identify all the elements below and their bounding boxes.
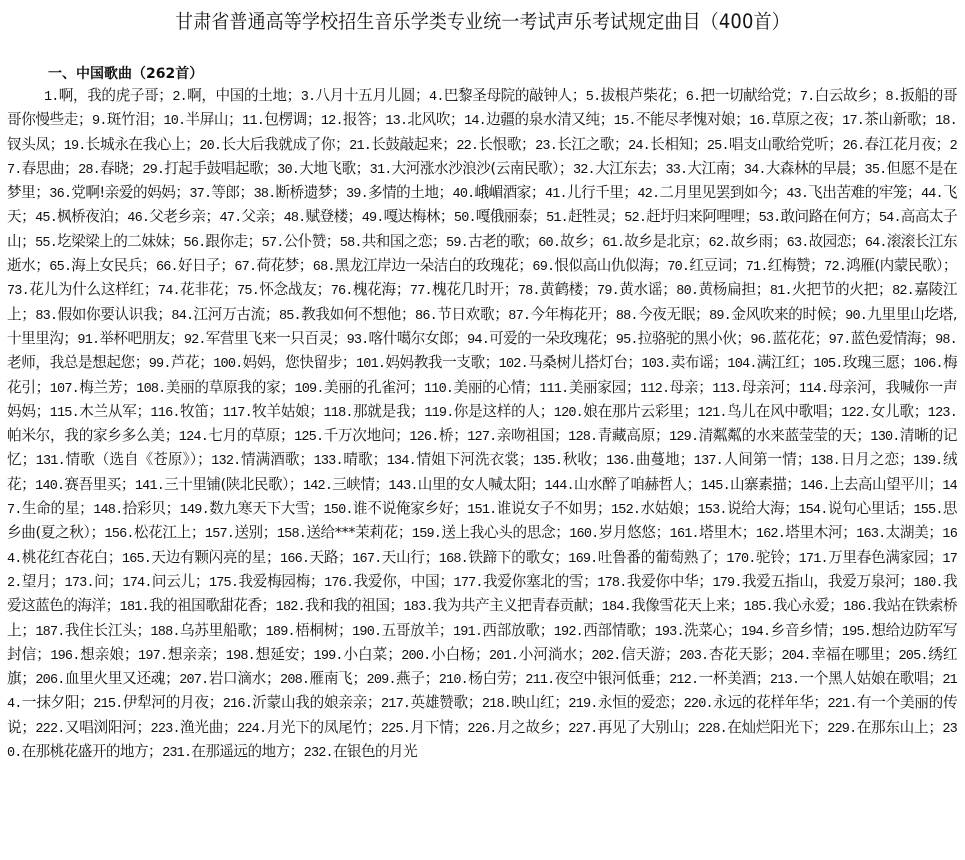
song-number: 180.: [913, 576, 942, 591]
song-entry: 206.血里火里又还魂: [35, 670, 165, 687]
song-title: 七月的草原: [208, 427, 280, 444]
separator: ；: [828, 111, 842, 128]
song-number: 186.: [843, 600, 872, 615]
song-number: 9.: [92, 114, 107, 129]
song-number: 89.: [709, 309, 731, 324]
song-entry: 107.梅兰芳: [50, 379, 123, 396]
song-number: 184.: [602, 600, 631, 615]
song-number: 171.: [799, 552, 828, 567]
song-number: 39.: [346, 187, 368, 202]
song-entry: 224.月光下的凤尾竹: [237, 719, 367, 736]
song-title: 把一切献给党: [700, 87, 785, 104]
song-number: 132.: [211, 454, 240, 469]
song-title: 今夜无眠: [638, 306, 695, 323]
separator: ；: [453, 719, 467, 736]
separator: ；: [786, 87, 800, 104]
song-title: 我住长江头: [65, 622, 137, 639]
song-title: 月之故乡: [497, 719, 555, 736]
song-title: 小河淌水: [518, 646, 577, 663]
song-title: 恨似高山仇似海: [554, 257, 653, 274]
song-entry: 146.上去高山望平川: [800, 476, 928, 493]
song-number: 47.: [219, 211, 241, 226]
song-number: 219.: [568, 697, 597, 712]
song-title: 茶山新歌: [864, 111, 921, 128]
song-number: 175.: [209, 576, 238, 591]
song-title: 黄杨扁担: [698, 281, 756, 298]
song-number: 42.: [637, 187, 659, 202]
separator: ；: [600, 111, 614, 128]
song-entry: 83.假如你要认识我: [35, 306, 157, 323]
song-title: 天路: [309, 549, 338, 566]
separator: ；: [773, 233, 787, 250]
song-title: 巴黎圣母院的敲钟人: [444, 87, 572, 104]
song-entry: 36.党啊!亲爱的妈妈: [49, 184, 175, 201]
song-number: 183.: [403, 600, 432, 615]
separator: ；: [317, 281, 331, 298]
song-title: 边疆的泉水清又纯: [486, 111, 600, 128]
song-number: 177.: [454, 576, 483, 591]
song-entry: 4.巴黎圣母院的敲钟人: [429, 87, 572, 104]
song-number: 150.: [323, 503, 352, 518]
separator: ；: [21, 719, 35, 736]
song-entry: 199.小白菜: [314, 646, 388, 663]
song-number: 129.: [669, 430, 698, 445]
song-entry: 118.那就是我: [324, 403, 411, 420]
song-title: 我为共产主义把青春贡献: [433, 597, 588, 614]
song-entry: 10.半屏山: [163, 111, 228, 128]
song-number: 131.: [36, 454, 65, 469]
separator: ；: [900, 354, 914, 371]
song-title: 北风吹: [407, 111, 450, 128]
song-entry: 73.花儿为什么这样红: [7, 281, 144, 298]
song-title: 映山红: [511, 694, 554, 711]
song-number: 17.: [842, 114, 864, 129]
song-title: 马桑树儿搭灯台: [528, 354, 627, 371]
separator: ；: [220, 257, 234, 274]
song-title: 海上女民兵: [71, 257, 142, 274]
separator: ；: [299, 257, 313, 274]
song-title: 太湖美: [885, 524, 928, 541]
separator: ；: [713, 354, 727, 371]
separator: ；: [829, 597, 843, 614]
separator: ；: [928, 670, 942, 687]
song-number: 98.: [935, 333, 957, 348]
song-entry: 128.青藏高原: [568, 427, 655, 444]
song-title: 红豆词: [689, 257, 731, 274]
song-number: 3.: [301, 90, 316, 105]
song-number: 222.: [35, 722, 64, 737]
song-title: 一杯美酒: [698, 670, 756, 687]
song-entry: 152.水姑娘: [611, 500, 683, 517]
song-entry: 117.牧羊姑娘: [223, 403, 310, 420]
song-entry: 29.打起手鼓唱起歌: [142, 160, 263, 177]
separator: ；: [136, 622, 150, 639]
song-title: 娘在那片云彩里: [583, 403, 684, 420]
song-number: 154.: [798, 503, 827, 518]
song-title: 圪梁梁上的二妹妹: [57, 233, 169, 250]
song-title: 大地飞歌: [299, 160, 356, 177]
song-title: 问云儿: [152, 573, 195, 590]
song-entry: 88.今夜无眠: [616, 306, 695, 323]
song-number: 16.: [749, 114, 771, 129]
separator: ；: [36, 646, 50, 663]
song-title: 嘎俄丽泰: [476, 208, 532, 225]
song-entry: 232.在银色的月光: [304, 743, 417, 760]
song-number: 25.: [707, 139, 729, 154]
separator: ；: [828, 136, 842, 153]
song-title: 杏花天影: [708, 646, 767, 663]
song-number: 209.: [367, 673, 396, 688]
separator: ；: [813, 694, 827, 711]
song-title: 吐鲁番的葡萄熟了: [597, 549, 712, 566]
song-title: 人间第一情: [723, 451, 797, 468]
song-number: 145.: [701, 479, 730, 494]
separator: ；: [856, 427, 870, 444]
song-entry: 212.一杯美酒: [669, 670, 756, 687]
song-title: 女儿歌: [871, 403, 914, 420]
separator: ；: [494, 306, 508, 323]
song-title: 唱支山歌给党听: [729, 136, 829, 153]
song-title: 古老的歌: [468, 233, 524, 250]
song-title: 塔里木河: [785, 524, 842, 541]
song-entry: 45.枫桥夜泊: [35, 208, 113, 225]
separator: ；: [309, 403, 323, 420]
song-entry: 115.木兰从军: [50, 403, 137, 420]
song-number: 49.: [362, 211, 384, 226]
song-entry: 15.不能尽孝愧对娘: [614, 111, 735, 128]
separator: ；: [745, 208, 759, 225]
song-title: 想亲娘: [80, 646, 124, 663]
song-title: 美丽的孔雀河: [324, 379, 410, 396]
separator: ；: [36, 403, 50, 420]
song-number: 66.: [156, 260, 178, 275]
song-entry: 11.包楞调: [242, 111, 307, 128]
separator: ；: [205, 208, 219, 225]
song-entry: 16.草原之夜: [749, 111, 828, 128]
separator: ；: [21, 476, 35, 493]
song-title: 母亲河: [742, 379, 785, 396]
song-number: 126.: [409, 430, 438, 445]
song-title: 美丽的草原我的家: [165, 379, 280, 396]
song-entry: 143.山里的女人喊太阳: [389, 476, 531, 493]
song-number: 112.: [640, 382, 669, 397]
song-number: 7.: [800, 90, 815, 105]
song-number: 200.: [401, 649, 430, 664]
song-title: 梧桐树: [295, 622, 338, 639]
separator: ；: [656, 524, 670, 541]
song-entry: 41.儿行千里: [545, 184, 623, 201]
separator: ；: [135, 354, 149, 371]
separator: ；: [266, 549, 280, 566]
song-title: 我爱五指山，我爱万泉河: [742, 573, 900, 590]
song-title: 天山行: [381, 549, 424, 566]
separator: ；: [767, 646, 781, 663]
song-number: 74.: [158, 284, 180, 299]
song-number: 24.: [628, 139, 650, 154]
song-title: 沂蒙山我的娘亲亲: [252, 694, 367, 711]
document-title: 甘肃省普通高等学校招生音乐学类专业统一考试声乐考试规定曲目（400首）: [39, 6, 927, 34]
separator: ；: [597, 500, 611, 517]
song-title: 我和我的祖国: [305, 597, 390, 614]
song-title: 美丽的心情: [453, 379, 525, 396]
song-title: 儿行千里: [567, 184, 623, 201]
song-title: 花非花: [180, 281, 223, 298]
song-number: 120.: [554, 406, 583, 421]
song-title: 父亲: [241, 208, 269, 225]
song-number: 167.: [352, 552, 381, 567]
song-entry: 145.山寨素描: [701, 476, 787, 493]
song-entry: 97.蓝色爱情海: [829, 330, 921, 347]
song-number: 153.: [698, 503, 727, 518]
separator: ；: [730, 160, 744, 177]
song-entry: 182.我和我的祖国: [276, 597, 390, 614]
song-entry: 175.我爱梅园梅: [209, 573, 310, 590]
separator: ；: [525, 379, 539, 396]
song-number: 133.: [314, 454, 343, 469]
separator: ；: [353, 670, 367, 687]
song-title: 月光下的凤尾竹: [266, 719, 367, 736]
song-number: 76.: [331, 284, 353, 299]
song-number: 148.: [93, 503, 122, 518]
song-entry: 50.嘎俄丽泰: [454, 208, 532, 225]
song-number: 135.: [533, 454, 562, 469]
separator: ；: [683, 500, 697, 517]
separator: ；: [195, 573, 209, 590]
song-title: 万里春色满家园: [828, 549, 929, 566]
song-title: 节日欢歌: [437, 306, 494, 323]
separator: ；: [128, 160, 142, 177]
song-title: 山水醉了咱赫哲人: [574, 476, 687, 493]
song-entry: 99.芦花: [149, 354, 199, 371]
separator: ；: [871, 87, 885, 104]
song-title: 断桥遗梦: [275, 184, 331, 201]
song-title: 春思曲: [22, 160, 64, 177]
song-title: 塔里木: [699, 524, 742, 541]
song-title: 故园恋: [809, 233, 851, 250]
song-entry: 194.乡音乡情: [741, 622, 828, 639]
song-entry: 208.雁南飞: [280, 670, 352, 687]
separator: ；: [22, 451, 36, 468]
separator: ；: [252, 622, 266, 639]
song-number: 122.: [841, 406, 870, 421]
song-number: 67.: [234, 260, 256, 275]
song-title: 永恒的爱恋: [598, 694, 670, 711]
song-number: 19.: [64, 139, 86, 154]
separator: ；: [518, 257, 532, 274]
song-title: 月下情: [410, 719, 453, 736]
separator: ；: [785, 549, 799, 566]
song-title: 等郎: [211, 184, 239, 201]
separator: ；: [289, 476, 303, 493]
song-number: 44.: [921, 187, 943, 202]
song-number: 197.: [138, 649, 167, 664]
separator: ；: [554, 549, 568, 566]
song-entry: 86.节日欢歌: [415, 306, 494, 323]
song-entry: 227.再见了大别山: [568, 719, 683, 736]
separator: ；: [928, 476, 942, 493]
song-number: 146.: [800, 479, 829, 494]
song-entry: 120.娘在那片云彩里: [554, 403, 684, 420]
song-entry: 96.蓝花花: [750, 330, 814, 347]
song-number: 220.: [684, 697, 713, 712]
song-title: 春晓: [100, 160, 128, 177]
song-entry: 28.春晓: [78, 160, 128, 177]
separator: ；: [865, 208, 879, 225]
song-title: 蓝花花: [772, 330, 814, 347]
song-title: 铁蹄下的歌女: [468, 549, 554, 566]
song-number: 215.: [93, 697, 122, 712]
song-title: 说给大海: [727, 500, 785, 517]
song-number: 50.: [454, 211, 476, 226]
song-title: 在灿烂阳光下: [727, 719, 813, 736]
separator: ；: [223, 719, 237, 736]
separator: ；: [280, 379, 294, 396]
song-title: 春江花月夜: [864, 136, 935, 153]
song-entry: 24.长相知: [628, 136, 693, 153]
separator: ；: [122, 379, 136, 396]
song-title: 桥: [439, 427, 454, 444]
song-title: 三十里铺(陕北民歌）: [164, 476, 289, 493]
song-entry: 169.吐鲁番的葡萄熟了: [568, 549, 712, 566]
song-number: 48.: [284, 211, 306, 226]
song-title: 牧笛: [180, 403, 209, 420]
song-number: 195.: [842, 625, 871, 640]
song-entry: 165.天边有颗闪亮的星: [122, 549, 266, 566]
song-number: 32.: [573, 163, 595, 178]
song-entry: 179.我爱五指山，我爱万泉河: [712, 573, 899, 590]
separator: ；: [280, 427, 294, 444]
separator: ；: [921, 330, 935, 347]
separator: ；: [813, 719, 827, 736]
separator: ；: [165, 670, 179, 687]
song-entry: 105.玫瑰三愿: [813, 354, 899, 371]
song-number: 60.: [538, 236, 560, 251]
song-entry: 25.唱支山歌给党听: [707, 136, 829, 153]
song-entry: 68.黑龙江岸边一朵洁白的玫瑰花: [313, 257, 519, 274]
song-entry: 198.想延安: [226, 646, 300, 663]
song-number: 65.: [49, 260, 71, 275]
separator: ；: [736, 330, 750, 347]
song-entry: 113.母亲河: [712, 379, 785, 396]
song-title: 小白菜: [343, 646, 387, 663]
song-title: 在银色的月光: [333, 743, 417, 760]
song-entry: 190.五哥放羊: [352, 622, 439, 639]
song-title: 想延安: [255, 646, 299, 663]
song-number: 228.: [698, 722, 727, 737]
song-entry: 92.军营里飞来一只百灵: [184, 330, 333, 347]
song-entry: 57.公仆赞: [262, 233, 326, 250]
song-entry: 201.小河淌水: [489, 646, 577, 663]
song-number: 95.: [616, 333, 638, 348]
section-heading-chinese-songs: 一、中国歌曲（262首）: [48, 63, 203, 83]
song-title: 夜空中银河低垂: [554, 670, 655, 687]
song-title: 白云故乡: [814, 87, 871, 104]
song-number: 77.: [410, 284, 432, 299]
song-title: 故乡是北京: [624, 233, 694, 250]
song-number: 127.: [467, 430, 496, 445]
song-entry: 103.卖布谣: [641, 354, 713, 371]
song-entry: 69.恨似高山仇似海: [532, 257, 653, 274]
separator: ；: [899, 573, 913, 590]
song-entry: 17.茶山新歌: [842, 111, 921, 128]
separator: ；: [899, 451, 913, 468]
song-number: 108.: [136, 382, 165, 397]
song-entry: 61.故乡是北京: [602, 233, 694, 250]
song-number: 1.: [44, 90, 59, 105]
song-number: 119.: [424, 406, 453, 421]
song-entry: 3.八月十五月儿圆: [301, 87, 415, 104]
song-entry: 150.谁不说俺家乡好: [323, 500, 453, 517]
song-title: 生命的星: [22, 500, 80, 517]
song-entry: 30.大地飞歌: [277, 160, 355, 177]
song-title: 送别: [234, 524, 263, 541]
separator: ；: [265, 306, 279, 323]
separator: ；: [655, 427, 669, 444]
song-entry: 60.故乡: [538, 233, 588, 250]
separator: ；: [592, 451, 606, 468]
separator: ；: [531, 184, 545, 201]
separator: ；: [554, 719, 568, 736]
song-number: 20.: [199, 139, 221, 154]
separator: ；: [583, 573, 597, 590]
song-entry: 170.驼铃: [726, 549, 784, 566]
song-title: 长江之歌: [557, 136, 614, 153]
song-number: 80.: [676, 284, 698, 299]
separator: ；: [374, 476, 388, 493]
separator: ；: [338, 549, 352, 566]
song-entry: 134.情姐下河洗衣裳: [387, 451, 519, 468]
song-number: 165.: [122, 552, 151, 567]
song-number: 68.: [313, 260, 335, 275]
separator: ；: [425, 549, 439, 566]
song-number: 218.: [482, 697, 511, 712]
separator: ；: [827, 403, 841, 420]
separator: ；: [756, 670, 770, 687]
song-number: 217.: [381, 697, 410, 712]
song-number: 212.: [669, 673, 698, 688]
separator: ；: [309, 500, 323, 517]
song-title: 玫瑰三愿: [843, 354, 900, 371]
separator: ；: [797, 451, 811, 468]
song-entry: 174.问云儿: [122, 573, 194, 590]
song-title: 共和国之恋: [362, 233, 432, 250]
song-entry: 156.松花江上: [105, 524, 191, 541]
song-entry: 9.斑竹泪: [92, 111, 149, 128]
song-number: 28.: [78, 163, 100, 178]
song-title: 一个黑人姑娘在歌唱: [799, 670, 928, 687]
song-number: 151.: [467, 503, 496, 518]
song-entry: 213.一个黑人姑娘在歌唱: [770, 670, 928, 687]
song-entry: 126.桥: [409, 427, 453, 444]
separator: ；: [712, 549, 726, 566]
separator: ；: [475, 646, 489, 663]
song-title: 血里火里又还魂: [65, 670, 166, 687]
song-entry: 162.塔里木河: [756, 524, 842, 541]
song-number: 128.: [568, 430, 597, 445]
song-entry: 62.故乡雨: [709, 233, 773, 250]
song-number: 157.: [205, 527, 234, 542]
separator: ；: [307, 111, 321, 128]
song-title: 槐花海: [353, 281, 396, 298]
separator: ；: [442, 136, 456, 153]
song-title: 五哥放羊: [381, 622, 439, 639]
song-number: 104.: [727, 357, 756, 372]
song-title: 跟你走: [205, 233, 247, 250]
song-entry: 87.今年梅花开: [508, 306, 601, 323]
song-title: 梅兰芳: [79, 379, 122, 396]
song-title: 大森林的早晨: [766, 160, 851, 177]
song-number: 113.: [712, 382, 741, 397]
